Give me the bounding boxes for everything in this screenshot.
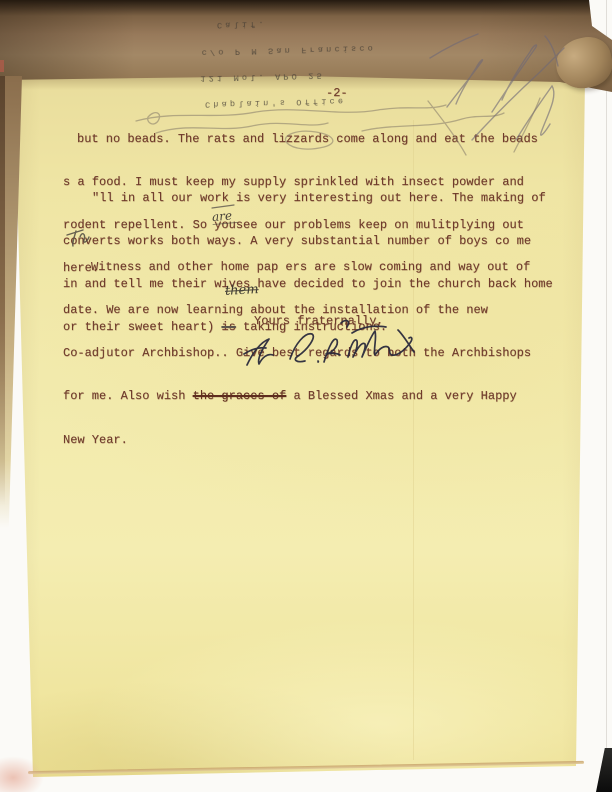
page-number: -2- bbox=[326, 86, 348, 100]
scan-artifact-pink-smudge bbox=[0, 756, 44, 792]
scan-artifact-black-corner bbox=[596, 748, 612, 792]
text-line: Co-adjutor Archbishop.. Give best regard… bbox=[63, 346, 531, 360]
handwritten-correction-are: are bbox=[211, 208, 237, 225]
text-line: Witness and other home pap ers are slow … bbox=[63, 260, 531, 274]
paragraph-3: Witness and other home pap ers are slow … bbox=[63, 231, 531, 476]
text-line: New Year. bbox=[63, 433, 531, 447]
address-line: 121 Mol. APO 25 bbox=[200, 69, 376, 82]
text-line: "ll in all our work is very interesting … bbox=[63, 191, 553, 205]
handwritten-correction-them: them bbox=[225, 282, 259, 299]
text-segment: a Blessed Xmas and a very Happy bbox=[286, 389, 516, 403]
closing-line: Yours fraternally, bbox=[254, 314, 384, 328]
text-segment: for me. Also wish bbox=[63, 389, 193, 403]
left-edge-shadow bbox=[0, 76, 5, 506]
scanned-letter-page: Chaplain's Office 121 Mol. APO 25 c/o P … bbox=[0, 0, 612, 792]
address-line: c/o P M San Francisco bbox=[200, 43, 376, 56]
left-edge-notch bbox=[0, 60, 4, 72]
text-line: but no beads. The rats and lizzards come… bbox=[63, 132, 538, 146]
address-line: Calif. bbox=[199, 16, 375, 29]
struck-phrase-the-graces-of: the graces of bbox=[193, 389, 287, 403]
scanner-margin-line bbox=[606, 0, 607, 750]
text-line: for me. Also wish the graces of a Blesse… bbox=[63, 389, 531, 403]
